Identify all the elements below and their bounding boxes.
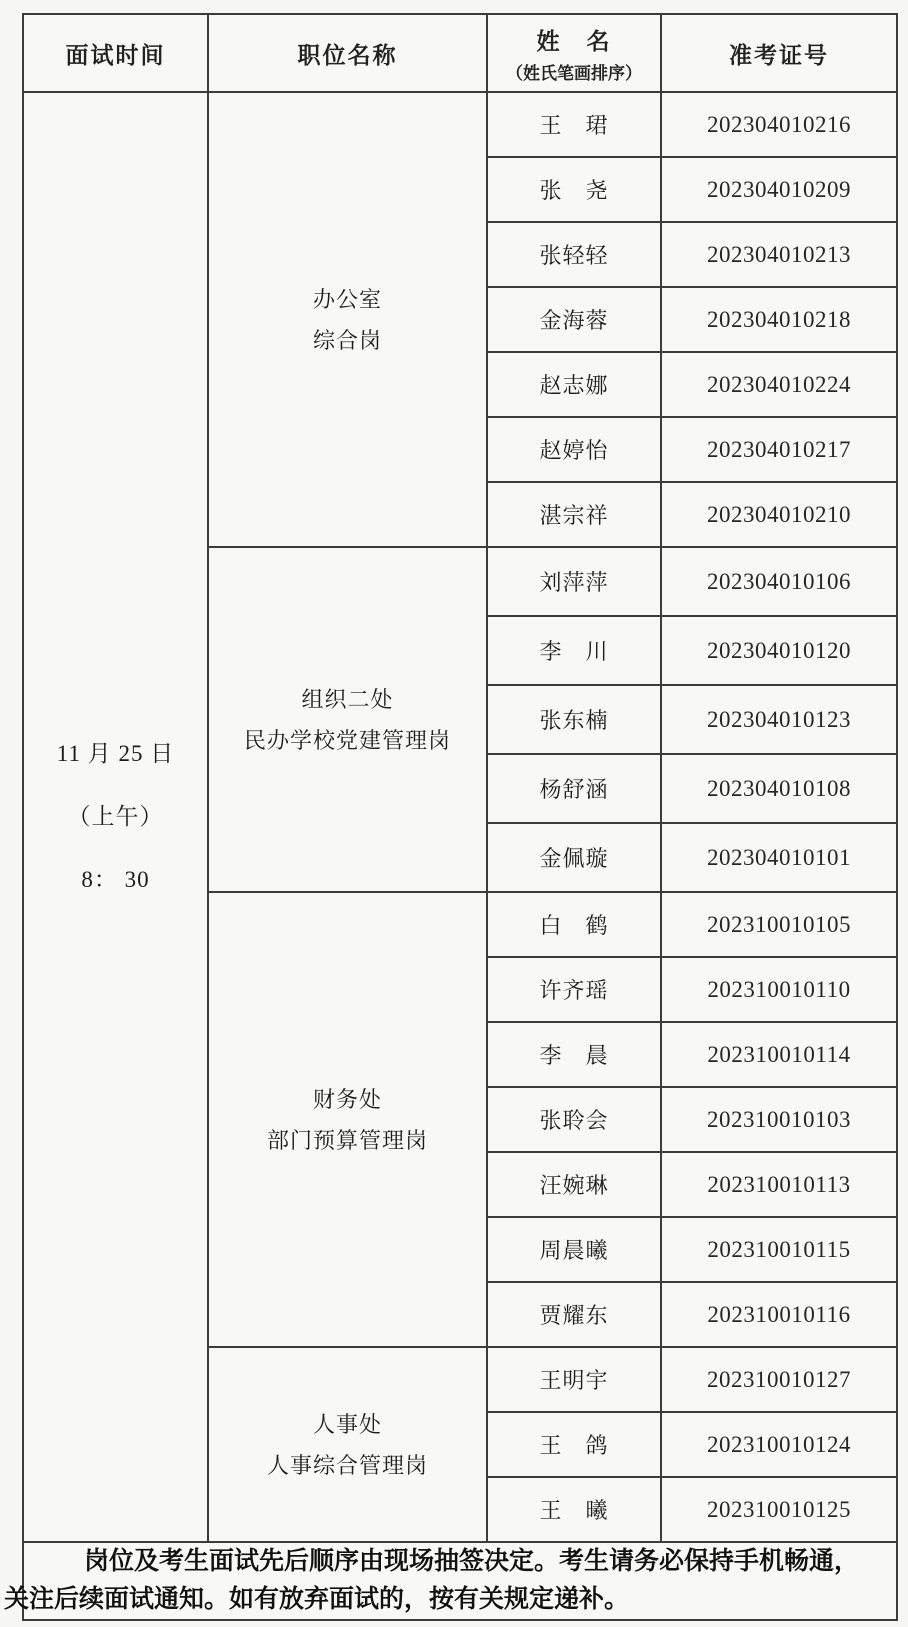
candidate-name-cell: 张聆会: [487, 1087, 661, 1152]
admission-number-cell: 202310010124: [661, 1412, 897, 1477]
header-row: 面试时间 职位名称 姓 名 （姓氏笔画排序） 准考证号: [23, 14, 897, 92]
candidate-name-cell: 湛宗祥: [487, 482, 661, 547]
footer-note: 岗位及考生面试先后顺序由现场抽签决定。考生请务必保持手机畅通， 关注后续面试通知…: [24, 1543, 896, 1619]
time-date: 11 月 25 日: [24, 741, 207, 767]
candidate-name-cell: 金佩璇: [487, 823, 661, 892]
admission-number-cell: 202304010123: [661, 685, 897, 754]
time-cell: 11 月 25 日 （上午） 8： 30: [23, 92, 208, 1542]
header-position: 职位名称: [208, 14, 487, 92]
admission-number-cell: 202304010217: [661, 417, 897, 482]
position-cell: 组织二处 民办学校党建管理岗: [208, 547, 487, 892]
candidate-name-cell: 周晨曦: [487, 1217, 661, 1282]
admission-number-cell: 202304010209: [661, 157, 897, 222]
candidate-name-cell: 刘萍萍: [487, 547, 661, 616]
position-role: 民办学校党建管理岗: [209, 728, 486, 753]
header-name: 姓 名 （姓氏笔画排序）: [487, 14, 661, 92]
candidate-name-cell: 李 川: [487, 616, 661, 685]
candidate-name-cell: 汪婉琳: [487, 1152, 661, 1217]
position-cell: 人事处 人事综合管理岗: [208, 1347, 487, 1542]
admission-number-cell: 202304010120: [661, 616, 897, 685]
admission-number-cell: 202304010101: [661, 823, 897, 892]
position-role: 人事综合管理岗: [209, 1453, 486, 1478]
footer-row: 岗位及考生面试先后顺序由现场抽签决定。考生请务必保持手机畅通， 关注后续面试通知…: [23, 1542, 897, 1620]
admission-number-cell: 202310010127: [661, 1347, 897, 1412]
admission-number-cell: 202310010110: [661, 957, 897, 1022]
candidate-name-cell: 张 尧: [487, 157, 661, 222]
position-role: 综合岗: [209, 328, 486, 353]
header-name-sub: （姓氏笔画排序）: [488, 59, 660, 84]
header-name-main: 姓 名: [488, 23, 660, 56]
admission-number-cell: 202310010103: [661, 1087, 897, 1152]
position-cell: 办公室 综合岗: [208, 92, 487, 547]
position-dept: 办公室: [209, 287, 486, 312]
admission-number-cell: 202304010213: [661, 222, 897, 287]
admission-number-cell: 202304010106: [661, 547, 897, 616]
table-row: 11 月 25 日 （上午） 8： 30 办公室 综合岗 王 珺 2023040…: [23, 92, 897, 157]
candidate-name-cell: 金海蓉: [487, 287, 661, 352]
admission-number-cell: 202304010218: [661, 287, 897, 352]
candidate-name-cell: 杨舒涵: [487, 754, 661, 823]
admission-number-cell: 202304010210: [661, 482, 897, 547]
position-role: 部门预算管理岗: [209, 1128, 486, 1153]
admission-number-cell: 202310010116: [661, 1282, 897, 1347]
position-dept: 组织二处: [209, 687, 486, 712]
position-dept: 财务处: [209, 1087, 486, 1112]
candidate-name-cell: 张轻轻: [487, 222, 661, 287]
position-cell: 财务处 部门预算管理岗: [208, 892, 487, 1347]
interview-schedule-table: 面试时间 职位名称 姓 名 （姓氏笔画排序） 准考证号 11 月 25 日 （上…: [22, 13, 898, 1621]
admission-number-cell: 202304010108: [661, 754, 897, 823]
candidate-name-cell: 许齐瑶: [487, 957, 661, 1022]
position-dept: 人事处: [209, 1412, 486, 1437]
admission-number-cell: 202310010105: [661, 892, 897, 957]
candidate-name-cell: 王 鸽: [487, 1412, 661, 1477]
time-period: （上午）: [24, 804, 207, 830]
footer-note-line2: 关注后续面试通知。如有放弃面试的，按有关规定递补。: [4, 1581, 896, 1619]
candidate-name-cell: 王 曦: [487, 1477, 661, 1542]
footer-note-cell: 岗位及考生面试先后顺序由现场抽签决定。考生请务必保持手机畅通， 关注后续面试通知…: [23, 1542, 897, 1620]
candidate-name-cell: 李 晨: [487, 1022, 661, 1087]
admission-number-cell: 202310010125: [661, 1477, 897, 1542]
candidate-name-cell: 赵志娜: [487, 352, 661, 417]
admission-number-cell: 202310010115: [661, 1217, 897, 1282]
header-number: 准考证号: [661, 14, 897, 92]
admission-number-cell: 202304010224: [661, 352, 897, 417]
admission-number-cell: 202304010216: [661, 92, 897, 157]
candidate-name-cell: 王明宇: [487, 1347, 661, 1412]
time-clock: 8： 30: [24, 867, 207, 893]
candidate-name-cell: 王 珺: [487, 92, 661, 157]
admission-number-cell: 202310010114: [661, 1022, 897, 1087]
candidate-name-cell: 张东楠: [487, 685, 661, 754]
footer-note-line1: 岗位及考生面试先后顺序由现场抽签决定。考生请务必保持手机畅通，: [24, 1543, 896, 1581]
header-time: 面试时间: [23, 14, 208, 92]
candidate-name-cell: 白 鹤: [487, 892, 661, 957]
admission-number-cell: 202310010113: [661, 1152, 897, 1217]
candidate-name-cell: 贾耀东: [487, 1282, 661, 1347]
candidate-name-cell: 赵婷怡: [487, 417, 661, 482]
